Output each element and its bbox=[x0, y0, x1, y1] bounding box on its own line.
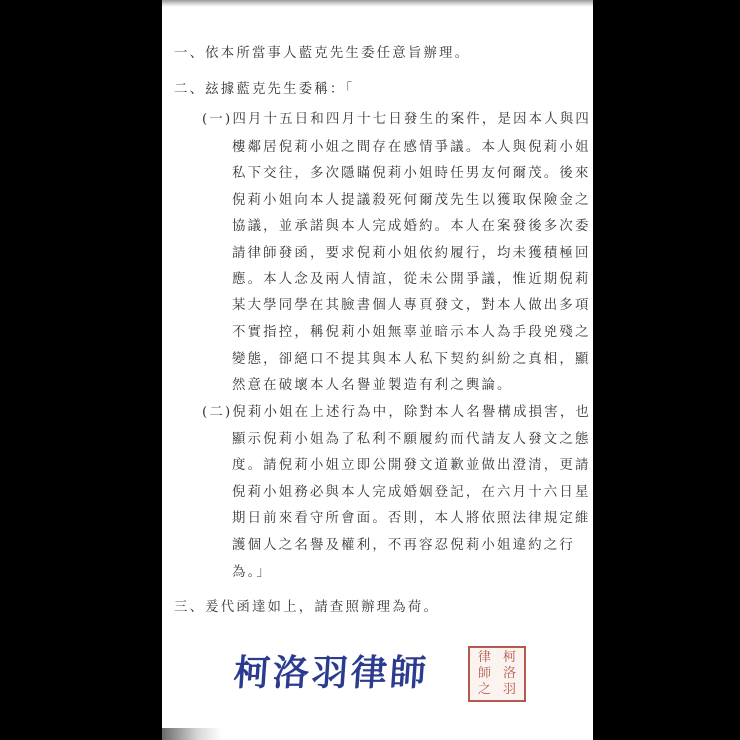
sub2-line-1: 顯示倪莉小姐為了私利不願履約而代請友人發文之態 bbox=[232, 432, 591, 448]
item-3: 三、爰代函達如上，請查照辦理為荷。 bbox=[174, 600, 439, 616]
sub1-line-2: 私下交往，多次隱瞞倪莉小姐時任男友何爾茂。後來 bbox=[232, 166, 591, 182]
sub1-line-1: 樓鄰居倪莉小姐之間存在感情爭議。本人與倪莉小姐 bbox=[232, 140, 591, 156]
sub2-line-6: 為。」 bbox=[232, 565, 272, 581]
seal-char: 之 bbox=[472, 682, 497, 698]
seal-char: 洛 bbox=[497, 666, 522, 682]
item-1: 一、依本所當事人藍克先生委任意旨辦理。 bbox=[174, 46, 470, 62]
sub1-line-7: 某大學同學在其臉書個人專頁發文，對本人做出多項 bbox=[232, 298, 591, 314]
lawyer-seal: 律 師 之 柯 洛 羽 bbox=[468, 646, 526, 702]
sub1-line-10: 然意在破壞本人名譽並製造有利之輿論。 bbox=[232, 378, 513, 394]
seal-char: 師 bbox=[472, 666, 497, 682]
lawyer-signature: 柯洛羽律師 bbox=[232, 645, 431, 696]
sub2-line-5: 護個人之名譽及權利，不再容忍倪莉小姐違約之行 bbox=[232, 538, 575, 554]
item-2-heading: 二、玆據藍克先生委稱：「 bbox=[174, 82, 354, 98]
letter-page: 一、依本所當事人藍克先生委任意旨辦理。 二、玆據藍克先生委稱：「 (一)四月十五… bbox=[162, 0, 593, 740]
seal-char: 羽 bbox=[497, 682, 522, 698]
sub1-line-6: 應。本人念及兩人情誼，從未公開爭議，惟近期倪莉 bbox=[232, 272, 591, 288]
sub1-line-8: 不實指控，稱倪莉小姐無辜並暗示本人為手段兇殘之 bbox=[232, 325, 591, 341]
sub1-line-3: 倪莉小姐向本人提議殺死何爾茂先生以獲取保險金之 bbox=[232, 193, 591, 209]
seal-char: 律 bbox=[472, 650, 497, 666]
sub2-line-2: 度。請倪莉小姐立即公開發文道歉並做出澄清，更請 bbox=[232, 458, 591, 474]
sub2-line-4: 期日前來看守所會面。否則，本人將依照法律規定維 bbox=[232, 511, 591, 527]
sub2-line-0: (二)倪莉小姐在上述行為中，除對本人名譽構成損害，也 bbox=[202, 405, 591, 421]
sub1-line-4: 協議，並承諾與本人完成婚約。本人在案發後多次委 bbox=[232, 219, 591, 235]
sub1-line-9: 變態，卻絕口不提其與本人私下契約糾紛之真相，顯 bbox=[232, 352, 591, 368]
sub1-line-5: 請律師發函，要求倪莉小姐依約履行，均未獲積極回 bbox=[232, 246, 591, 262]
sub2-line-3: 倪莉小姐務必與本人完成婚姻登記，在六月十六日星 bbox=[232, 485, 591, 501]
seal-char: 柯 bbox=[497, 650, 522, 666]
sub1-line-0: (一)四月十五日和四月十七日發生的案件，是因本人與四 bbox=[202, 112, 591, 128]
